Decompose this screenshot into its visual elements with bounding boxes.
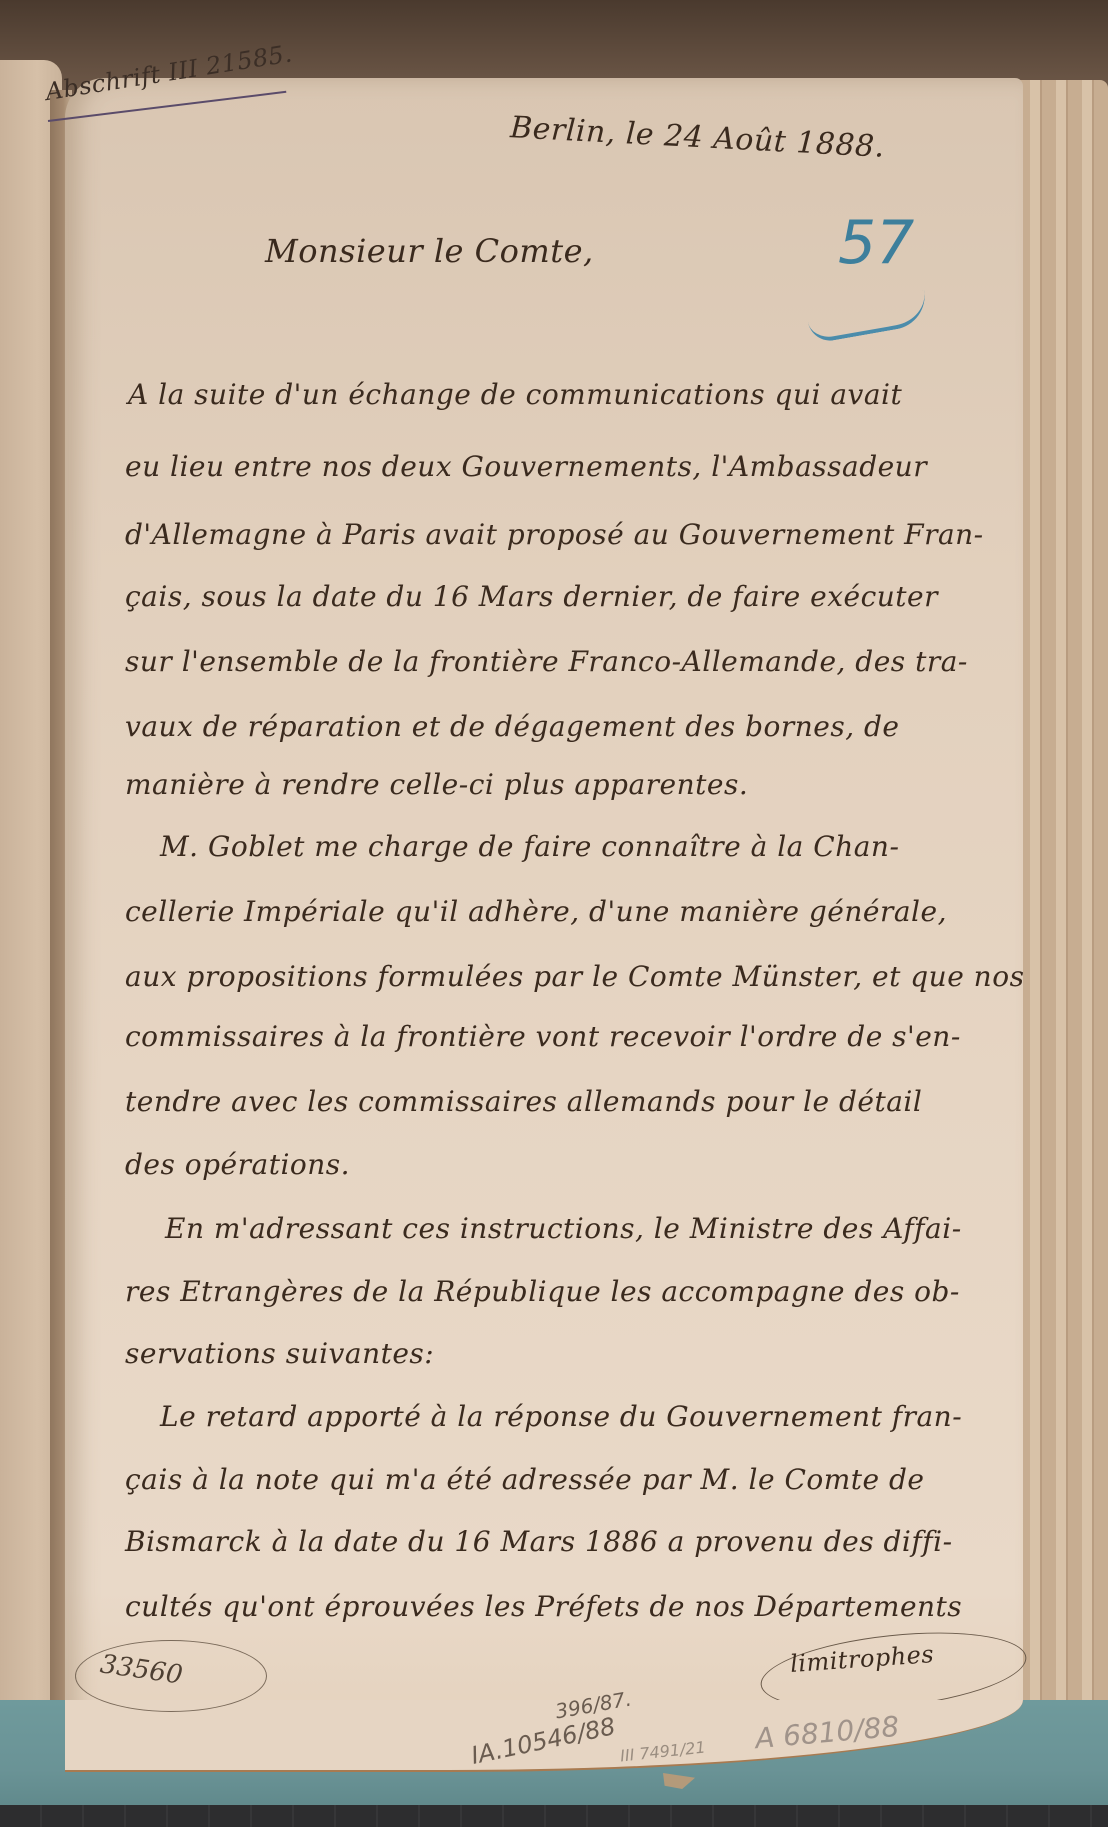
salutation: Monsieur le Comte, (265, 232, 594, 270)
body-line: çais, sous la date du 16 Mars dernier, d… (125, 580, 938, 613)
body-line: cultés qu'ont éprouvées les Préfets de n… (125, 1590, 962, 1623)
body-line: tendre avec les commissaires allemands p… (125, 1085, 922, 1118)
body-line: commissaires à la frontière vont recevoi… (125, 1020, 961, 1053)
body-line: A la suite d'un échange de communication… (128, 378, 902, 411)
body-line: aux propositions formulées par le Comte … (125, 960, 1024, 993)
body-line: çais à la note qui m'a été adressée par … (125, 1463, 925, 1496)
body-line: Le retard apporté à la réponse du Gouver… (160, 1400, 962, 1433)
cutting-mat (0, 1805, 1108, 1827)
body-line: Bismarck à la date du 16 Mars 1886 a pro… (125, 1525, 953, 1558)
body-line: des opérations. (125, 1148, 350, 1181)
body-line: En m'adressant ces instructions, le Mini… (165, 1212, 962, 1245)
body-line: res Etrangères de la République les acco… (125, 1275, 960, 1308)
body-line: cellerie Impériale qu'il adhère, d'une m… (125, 895, 947, 928)
folio-number: 57 (838, 208, 914, 278)
body-line: eu lieu entre nos deux Gouvernements, l'… (125, 450, 927, 483)
body-line: M. Goblet me charge de faire connaître à… (160, 830, 899, 863)
body-line: manière à rendre celle-ci plus apparente… (125, 768, 748, 801)
body-line: d'Allemagne à Paris avait proposé au Gou… (125, 518, 984, 551)
body-line: sur l'ensemble de la frontière Franco-Al… (125, 645, 968, 678)
body-line: servations suivantes: (125, 1337, 434, 1370)
body-line: vaux de réparation et de dégagement des … (125, 710, 900, 743)
